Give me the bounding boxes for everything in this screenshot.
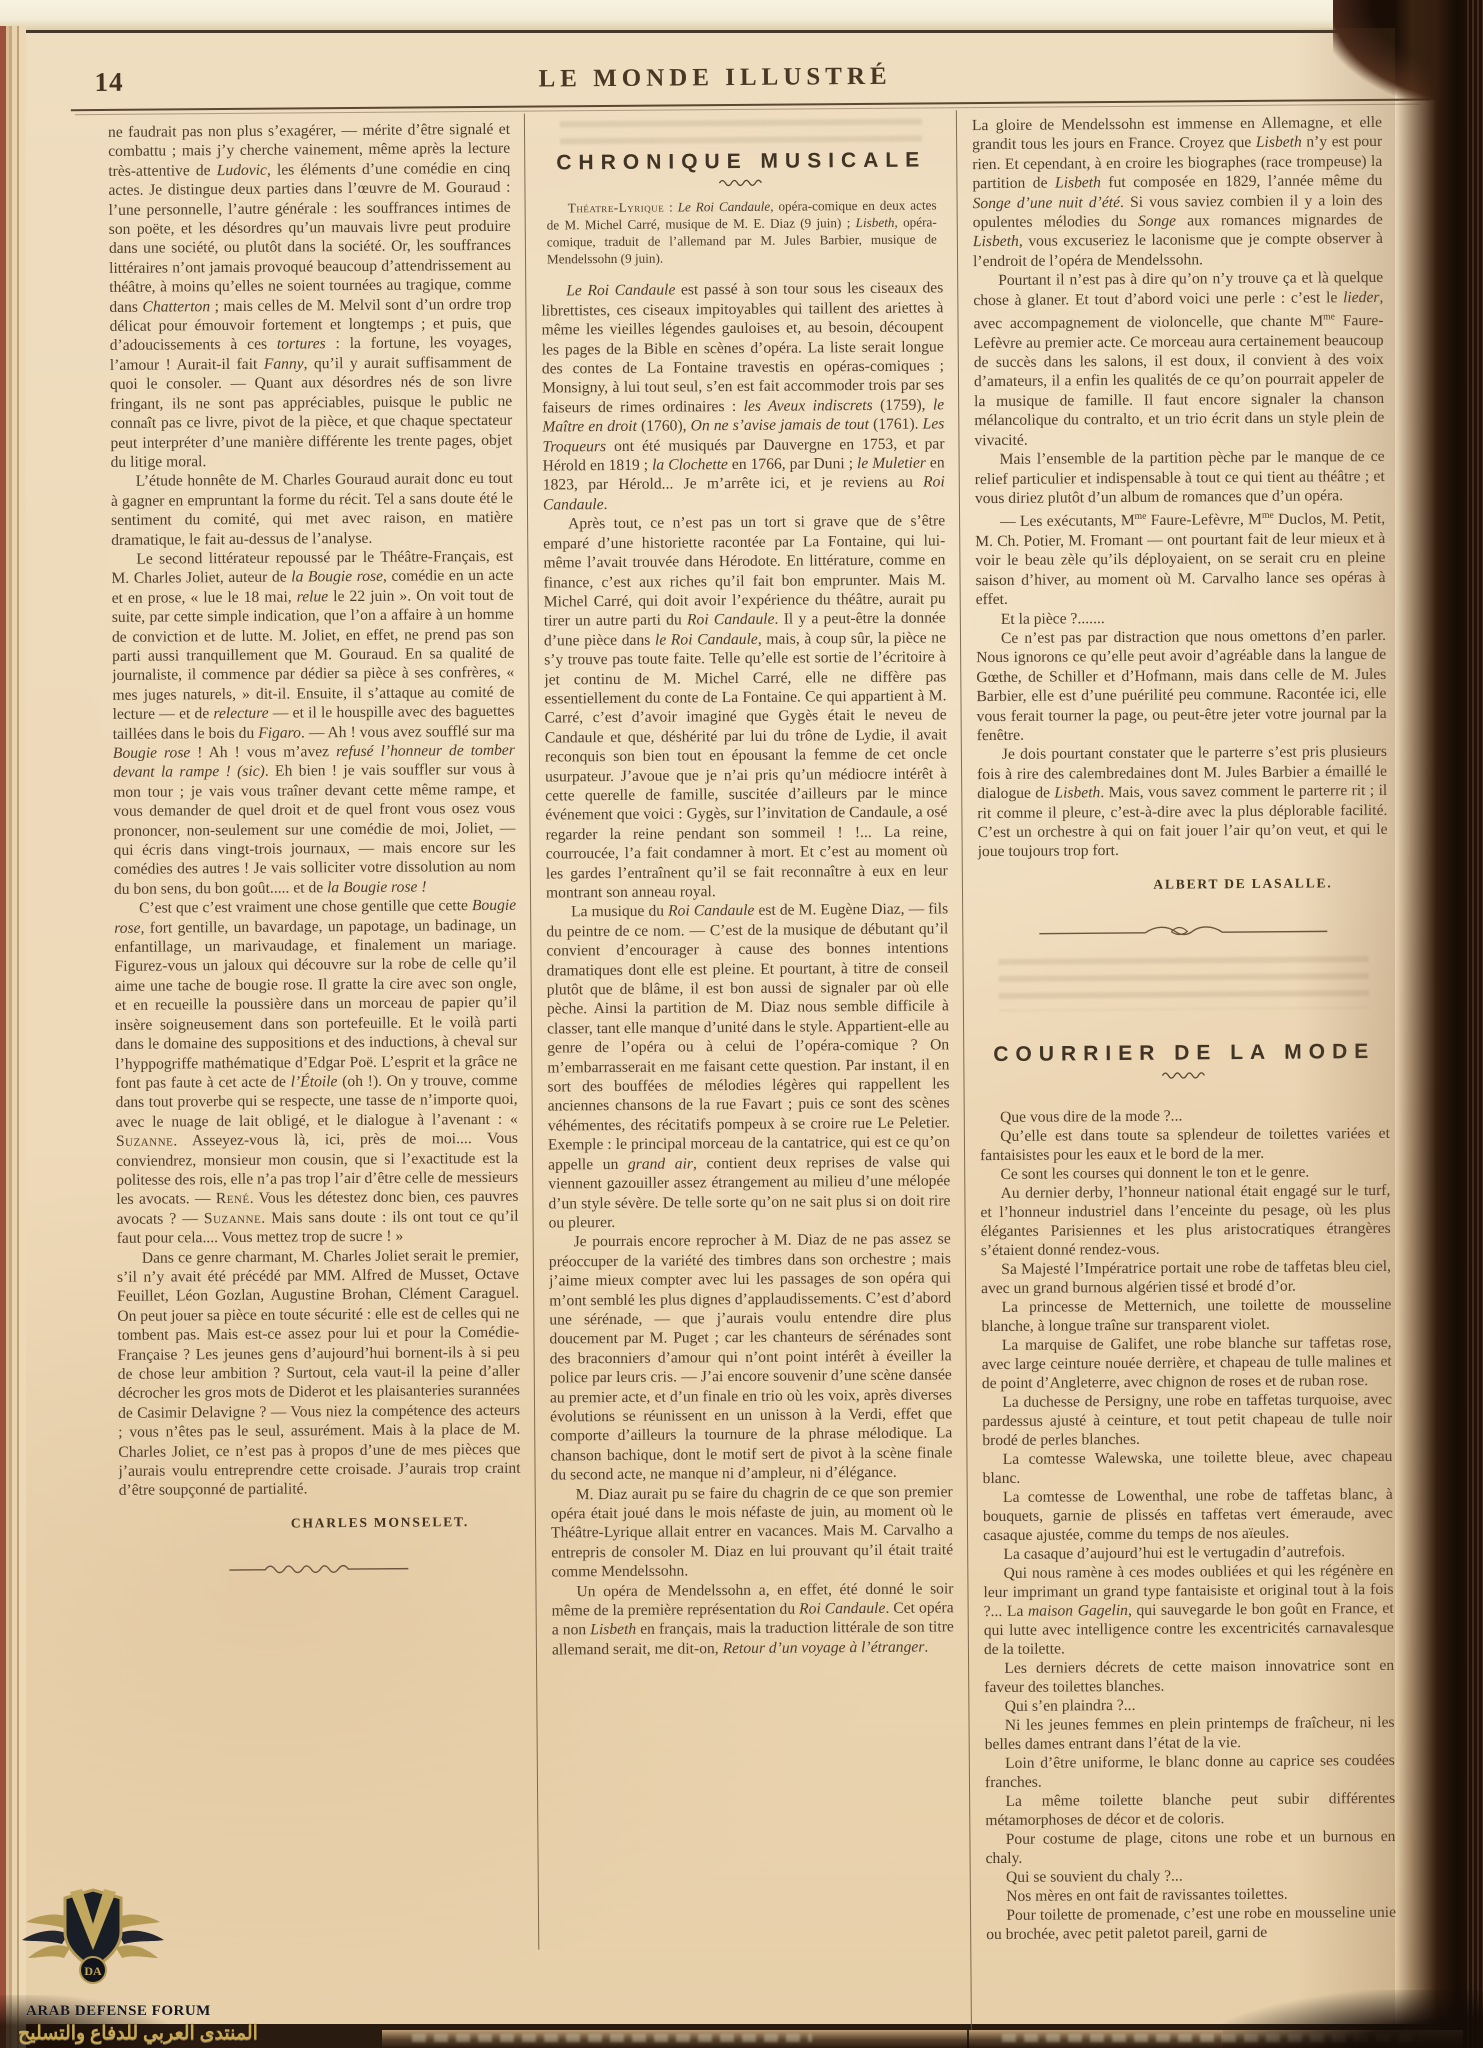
masthead-title: LE MONDE ILLUSTRÉ (108, 59, 1323, 97)
column-chronique: CHRONIQUE MUSICALE Théatre-Lyrique : Le … (540, 116, 957, 2019)
paragraph: Le Roi Candaule est passé à son tour sou… (541, 279, 945, 515)
paragraph: Théatre-Lyrique : Le Roi Candaule, opéra… (547, 197, 938, 268)
shield-wings-logo-icon: DA (18, 1884, 168, 1996)
book-gutter-edge (1394, 0, 1483, 2048)
column-rule-2 (956, 110, 972, 2046)
feuilleton-paragraphs: ne faudrait pas non plus s’exagérer, — m… (108, 120, 521, 1501)
paragraph: Un opéra de Mendelssohn a, en effet, été… (551, 1579, 954, 1660)
squiggle-icon (717, 178, 765, 188)
monogram: DA (84, 1964, 102, 1978)
signature-monselet: CHARLES MONSELET. (119, 1512, 521, 1535)
squiggle-icon (1160, 1070, 1208, 1080)
paragraph: La musique du Roi Candaule est de M. Eug… (546, 900, 951, 1233)
watermark-name: ARAB DEFENSE FORUM (26, 2003, 338, 2020)
masthead-rule (71, 99, 1431, 112)
paragraph: ne faudrait pas non plus s’exagérer, — m… (108, 120, 513, 472)
paragraph: Dans ce genre charmant, M. Charles Jolie… (117, 1245, 521, 1500)
cut-text-smudge (412, 2034, 812, 2042)
ink-bleed-ghost (560, 119, 922, 152)
newspaper-scan: 14 LE MONDE ILLUSTRÉ ne faudrait pas non… (0, 0, 1483, 2048)
swash-divider-icon (1033, 921, 1333, 941)
column-rule-1 (524, 114, 539, 1950)
squiggle-divider-icon (225, 1560, 415, 1577)
paragraph: C’est que c’est vraiment une chose genti… (114, 896, 519, 1248)
chronique-paragraphs: Le Roi Candaule est passé à son tour sou… (541, 279, 954, 1660)
page-content: 14 LE MONDE ILLUSTRÉ ne faudrait pas non… (0, 0, 1483, 2048)
watermark: DA ARAB DEFENSE FORUM المنتدى العربي للد… (18, 1884, 338, 2045)
page-stack-edge (0, 26, 26, 2048)
chronique-heading: CHRONIQUE MUSICALE (540, 150, 942, 173)
column-rule-fragment (967, 2030, 969, 2048)
paragraph: Après tout, ce n’est pas un tort si grav… (543, 512, 948, 903)
page-curl-shadow (1295, 28, 1395, 2024)
bottom-right-shadow (1223, 1990, 1483, 2048)
column-feuilleton: ne faudrait pas non plus s’exagérer, — m… (108, 120, 525, 2013)
chronique-intro: Théatre-Lyrique : Le Roi Candaule, opéra… (547, 197, 938, 268)
paragraph: M. Diaz aurait pu se faire du chagrin de… (551, 1482, 954, 1582)
paragraph: L’étude honnête de M. Charles Gouraud au… (111, 469, 514, 550)
watermark-arabic: المنتدى العربي للدفاع والتسليح (18, 2022, 338, 2045)
scan-top-page-edge (0, 0, 1483, 33)
paragraph: Je pourrais encore reprocher à M. Diaz d… (549, 1230, 953, 1485)
paragraph: Le second littérateur repoussé par le Th… (111, 547, 516, 899)
